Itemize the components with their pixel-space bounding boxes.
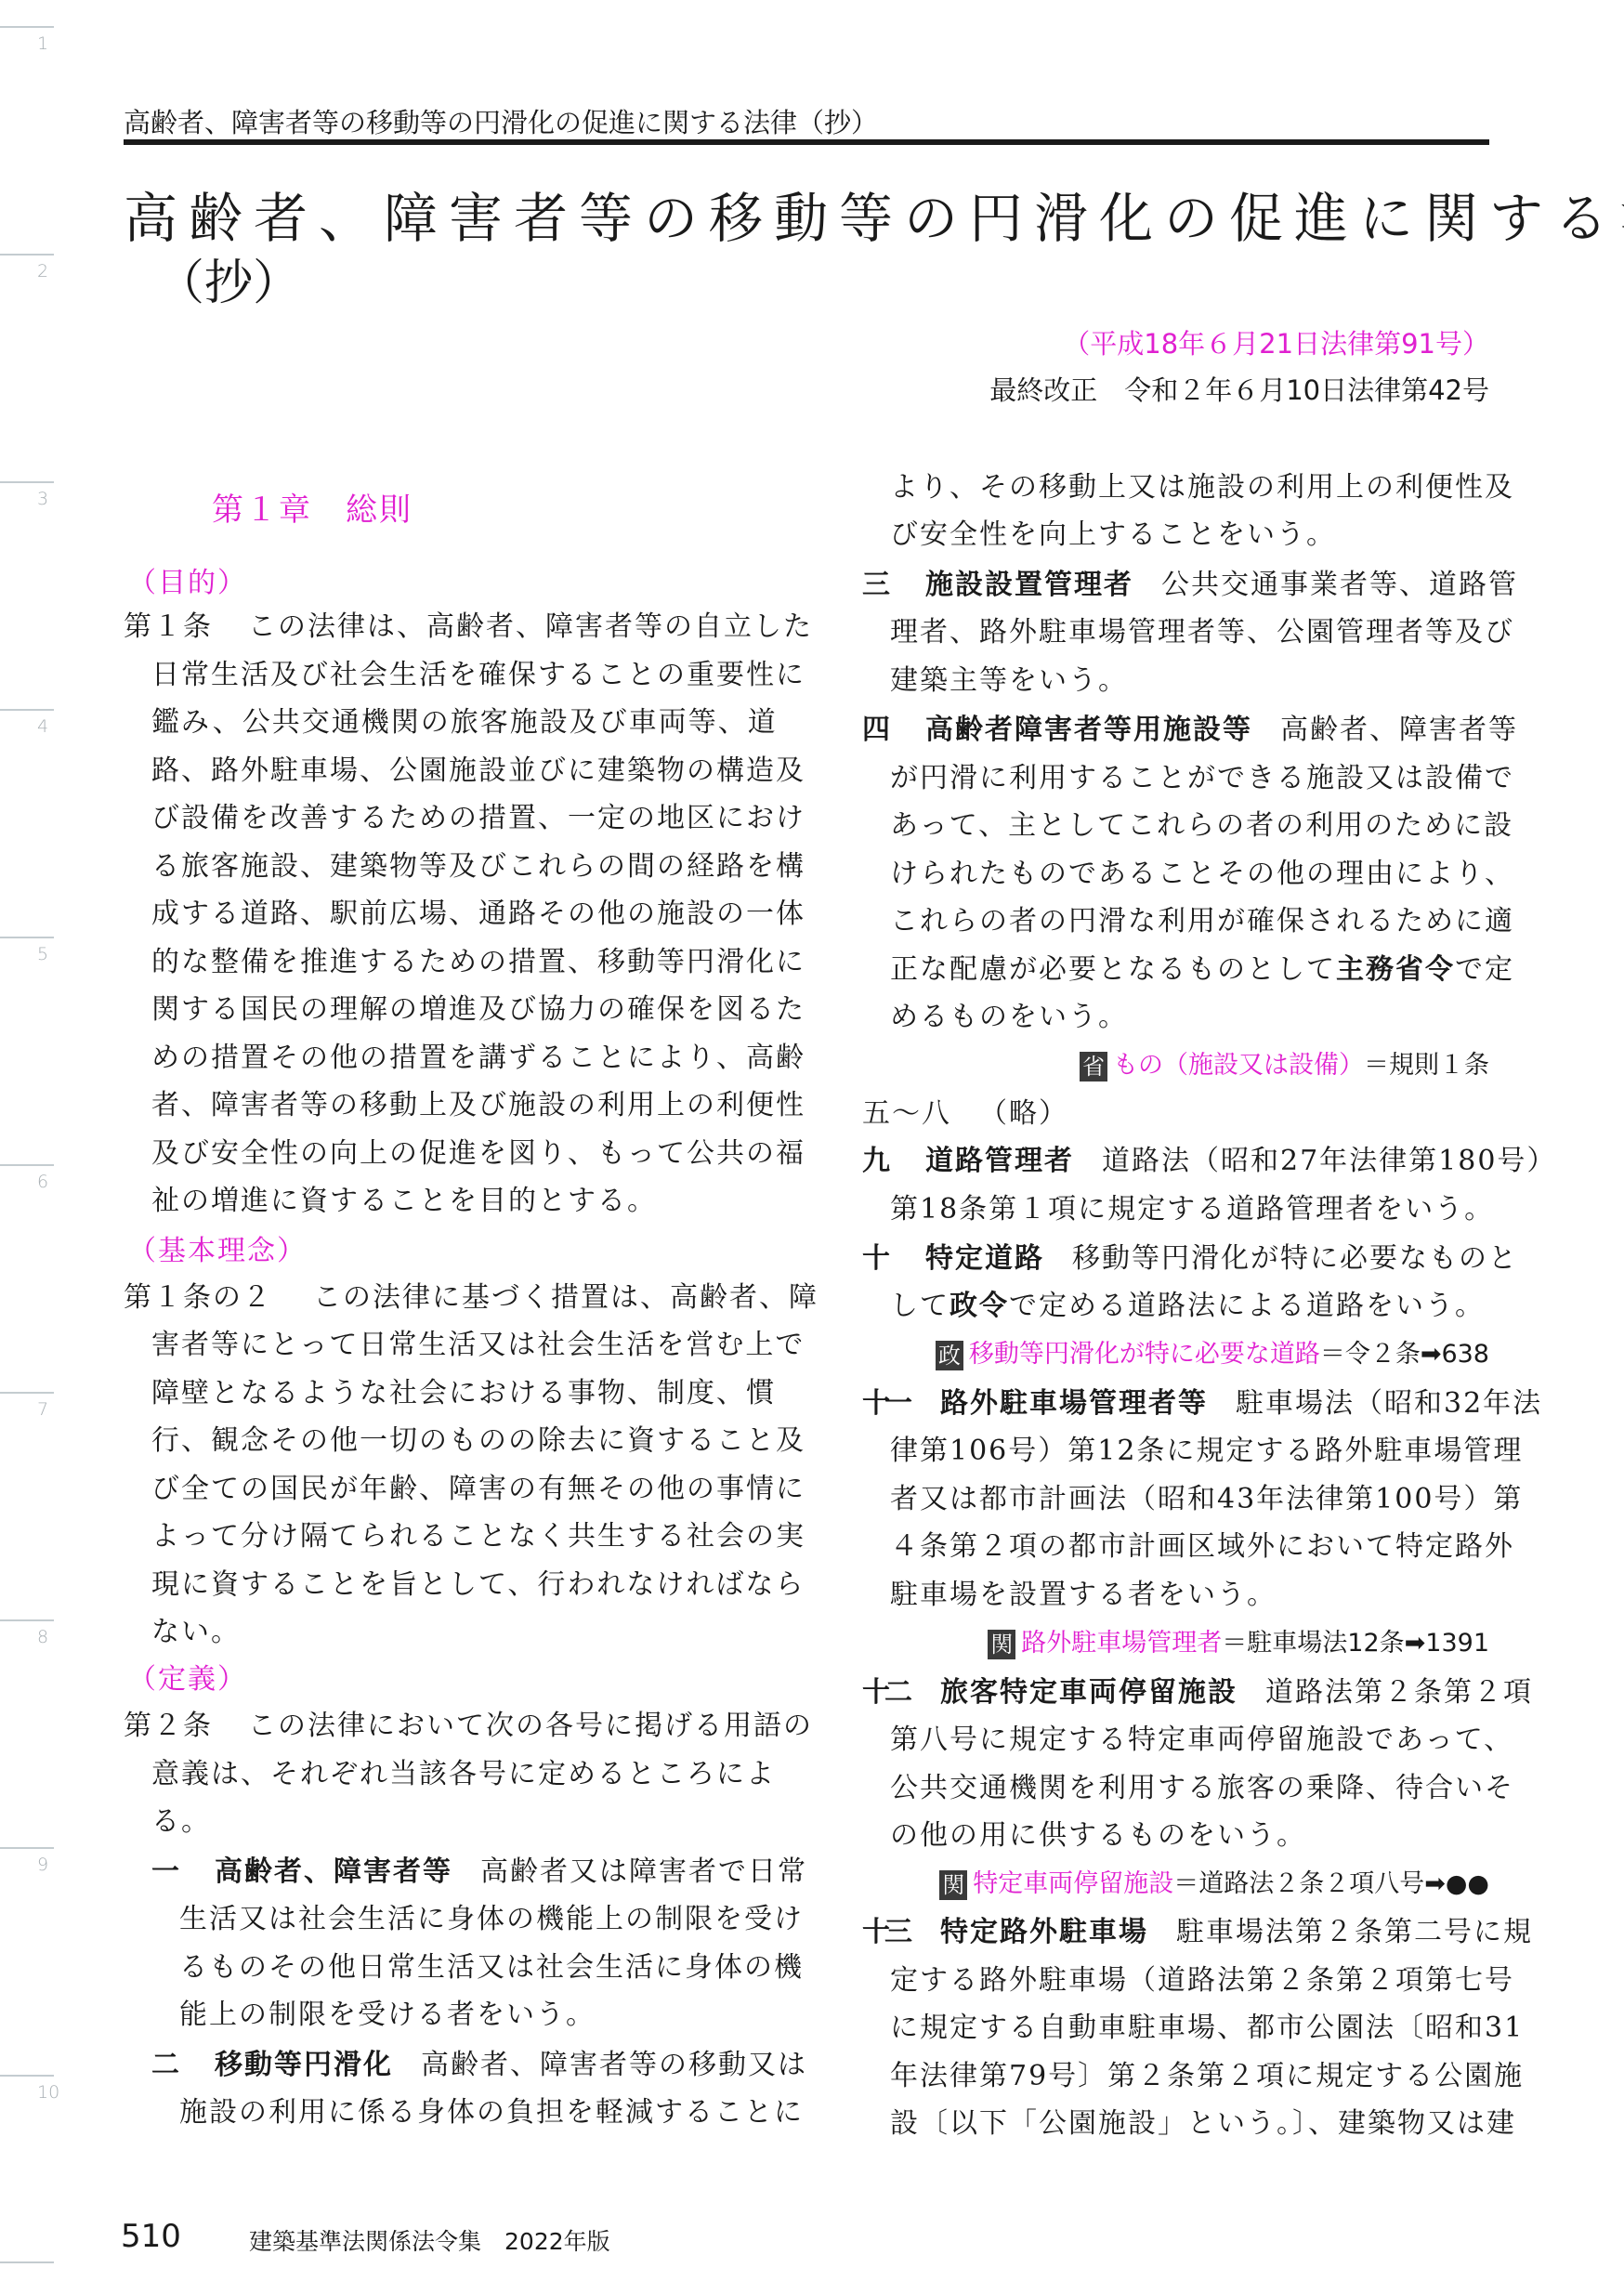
- definition-item: 十二旅客特定車両停留施設道路法第２条第２項: [862, 1676, 1533, 1710]
- item-term: 施設設置管理者: [925, 569, 1133, 601]
- item-number: 十: [862, 1242, 892, 1275]
- item-line: るものその他日常生活又は社会生活に身体の機: [179, 1951, 804, 1985]
- item-text: 道路法（昭和27年法律第180号）: [1102, 1145, 1556, 1177]
- ordinance-reference: 政令: [950, 1290, 1009, 1322]
- item-term: 特定道路: [925, 1242, 1044, 1275]
- item-line: 律第106号）第12条に規定する路外駐車場管理: [890, 1435, 1523, 1468]
- definition-item: 二移動等円滑化高齢者、障害者等の移動又は: [151, 2049, 807, 2082]
- tab-rule: [0, 26, 54, 28]
- item-text: （略）: [979, 1097, 1068, 1130]
- article-line: 日常生活及び社会生活を確保することの重要性に: [151, 659, 805, 692]
- cross-reference[interactable]: 政移動等円滑化が特に必要な道路＝令２条➡638: [936, 1339, 1489, 1370]
- running-head: 高齢者、障害者等の移動等の円滑化の促進に関する法律（抄）: [124, 102, 878, 140]
- item-number: 九: [862, 1145, 892, 1177]
- chapter-heading: 第１章 総則: [212, 493, 413, 527]
- article-text: この法律に基づく措置は、高齢者、障: [313, 1281, 819, 1314]
- tab-number: 8: [37, 1627, 48, 1647]
- tab-rule: [0, 481, 54, 483]
- page-reference[interactable]: ●●: [1446, 1869, 1489, 1898]
- item-line: けられたものであることその他の理由により、: [890, 858, 1514, 891]
- cross-reference-link[interactable]: もの（施設又は設備）: [1113, 1051, 1364, 1080]
- tab-rule: [0, 254, 54, 256]
- item-line: めるものをいう。: [890, 1001, 1128, 1034]
- tab-number: 5: [37, 944, 48, 964]
- arrow-right-icon: ➡: [1405, 1629, 1426, 1658]
- cross-reference-target: ＝駐車場法12条: [1222, 1629, 1404, 1658]
- item-number: 三: [862, 569, 892, 601]
- item-text: 高齢者又は障害者で日常: [480, 1855, 807, 1888]
- item-line: より、その移動上又は施設の利用上の利便性及: [890, 471, 1514, 505]
- item-line: の他の用に供するものをいう。: [890, 1819, 1306, 1853]
- article-caption: （定義）: [128, 1663, 247, 1697]
- item-number: 五〜八: [862, 1097, 951, 1130]
- book-title: 建築基準法関係法令集 2022年版: [249, 2223, 610, 2257]
- cross-reference-link[interactable]: 移動等円滑化が特に必要な道路: [969, 1340, 1320, 1369]
- item-text: 高齢者、障害者等: [1280, 714, 1518, 746]
- cross-reference-link[interactable]: 特定車両停留施設: [973, 1869, 1173, 1898]
- item-line: 駐車場を設置する者をいう。: [890, 1579, 1277, 1612]
- article-line: る。: [151, 1805, 211, 1839]
- article-number: 第１条: [124, 610, 213, 643]
- item-number: 十三: [862, 1916, 907, 1948]
- omitted-items: 五〜八（略）: [862, 1097, 1068, 1131]
- ordinance-reference: 主務省令: [1336, 953, 1455, 986]
- item-line: び安全性を向上することをいう。: [890, 518, 1336, 552]
- item-line: 設〔以下「公園施設」という。〕、建築物又は建: [890, 2107, 1516, 2141]
- item-number: 一: [151, 1855, 181, 1888]
- article-line: 者、障害者等の移動上及び施設の利用上の利便性: [151, 1089, 805, 1122]
- item-text: 公共交通事業者等、道路管: [1161, 569, 1518, 601]
- margin-tab-bottom-rule: [0, 2261, 54, 2263]
- article-line: 成する道路、駅前広場、通路その他の施設の一体: [151, 898, 805, 931]
- article-line: めの措置その他の措置を講ずることにより、高齢: [151, 1042, 805, 1075]
- item-term: 路外駐車場管理者等: [940, 1387, 1208, 1420]
- item-line: あって、主としてこれらの者の利用のために設: [890, 809, 1513, 843]
- tab-number: 9: [37, 1855, 48, 1875]
- definition-item: 十三特定路外駐車場駐車場法第２条第二号に規: [862, 1916, 1533, 1949]
- last-amended: 最終改正 令和２年６月10日法律第42号: [989, 370, 1489, 408]
- item-number: 二: [151, 2049, 181, 2081]
- page-reference[interactable]: 638: [1441, 1340, 1489, 1369]
- item-number: 四: [862, 714, 892, 746]
- article-line: る旅客施設、建築物等及びこれらの間の経路を構: [151, 850, 805, 884]
- item-text: して: [890, 1290, 950, 1322]
- cross-reference[interactable]: 関路外駐車場管理者＝駐車場法12条➡1391: [988, 1628, 1489, 1659]
- item-text: 駐車場法第２条第二号に規: [1176, 1916, 1533, 1948]
- definition-item: 十一路外駐車場管理者等駐車場法（昭和32年法: [862, 1387, 1542, 1421]
- item-term: 高齢者障害者等用施設等: [925, 714, 1252, 746]
- item-text: 正な配慮が必要となるものとして: [890, 953, 1336, 986]
- article-line: 路、路外駐車場、公園施設並びに建築物の構造及: [151, 754, 805, 788]
- article-text: この法律は、高齢者、障害者等の自立した: [248, 610, 813, 643]
- cross-reference-target: ＝規則１条: [1364, 1051, 1489, 1080]
- tab-rule: [0, 1847, 54, 1849]
- item-number: 十一: [862, 1387, 907, 1420]
- article-line: び設備を改善するための措置、一定の地区におけ: [151, 802, 805, 835]
- article-line: 害者等にとって日常生活又は社会生活を営む上で: [151, 1329, 805, 1362]
- article-number: 第２条: [124, 1710, 213, 1742]
- tab-rule: [0, 2075, 54, 2077]
- cross-reference[interactable]: 関特定車両停留施設＝道路法２条２項八号➡●●: [939, 1868, 1489, 1900]
- page-reference[interactable]: 1391: [1425, 1629, 1489, 1658]
- cabinet-order-badge: 政: [936, 1341, 963, 1370]
- item-line: に規定する自動車駐車場、都市公園法〔昭和31: [890, 2012, 1524, 2045]
- tab-number: 3: [37, 489, 48, 509]
- item-text: 道路法第２条第２項: [1265, 1676, 1533, 1709]
- tab-rule: [0, 937, 54, 938]
- item-line: が円滑に利用することができる施設又は設備で: [890, 762, 1514, 795]
- arrow-right-icon: ➡: [1424, 1869, 1446, 1898]
- article-line: ない。: [151, 1616, 241, 1649]
- tab-number: 1: [37, 33, 48, 54]
- definition-item: 四高齢者障害者等用施設等高齢者、障害者等: [862, 714, 1518, 747]
- item-term: 移動等円滑化: [215, 2049, 393, 2081]
- item-line: これらの者の円滑な利用が確保されるために適: [890, 905, 1514, 938]
- item-line: 年法律第79号〕第２条第２項に規定する公園施: [890, 2060, 1524, 2093]
- article-line: 障壁となるような社会における事物、制度、慣: [151, 1377, 776, 1410]
- definition-item: 十特定道路移動等円滑化が特に必要なものと: [862, 1242, 1518, 1276]
- item-line: 公共交通機関を利用する旅客の乗降、待合いそ: [890, 1772, 1514, 1805]
- definition-item: 三施設設置管理者公共交通事業者等、道路管: [862, 569, 1518, 602]
- article-caption: （目的）: [128, 567, 247, 600]
- article-line: 鑑み、公共交通機関の旅客施設及び車両等、道: [151, 706, 778, 740]
- cross-reference[interactable]: 省もの（施設又は設備）＝規則１条: [1080, 1050, 1489, 1081]
- page-title: 高齢者、障害者等の移動等の円滑化の促進に関する法律: [124, 175, 1624, 253]
- item-term: 特定路外駐車場: [940, 1916, 1148, 1948]
- item-line: 定する路外駐車場（道路法第２条第２項第七号: [890, 1964, 1514, 1998]
- tab-number: 10: [37, 2082, 59, 2103]
- item-line: 理者、路外駐車場管理者等、公園管理者等及び: [890, 616, 1514, 649]
- article-number: 第１条の２: [124, 1281, 272, 1314]
- item-text: 移動等円滑化が特に必要なものと: [1072, 1242, 1518, 1275]
- article-line: 関する国民の理解の増進及び協力の確保を図るた: [151, 993, 805, 1027]
- item-line: して政令で定める道路法による道路をいう。: [890, 1290, 1485, 1323]
- definition-item: 九道路管理者道路法（昭和27年法律第180号）: [862, 1145, 1556, 1178]
- related-law-badge: 関: [988, 1630, 1015, 1659]
- article-line: 行、観念その他一切のものの除去に資すること及: [151, 1424, 805, 1458]
- cross-reference-target: ＝令２条: [1320, 1340, 1421, 1369]
- related-law-badge: 関: [939, 1870, 967, 1900]
- arrow-right-icon: ➡: [1421, 1340, 1442, 1369]
- item-line: 施設の利用に係る身体の負担を軽減することに: [179, 2096, 804, 2130]
- tab-rule: [0, 709, 54, 711]
- item-line: 正な配慮が必要となるものとして主務省令で定: [890, 953, 1514, 987]
- ministry-ordinance-badge: 省: [1080, 1052, 1107, 1081]
- item-text: で定める道路法による道路をいう。: [1009, 1290, 1485, 1322]
- enactment-date: （平成18年６月21日法律第91号）: [1063, 323, 1489, 361]
- tab-rule: [0, 1164, 54, 1166]
- tab-rule: [0, 1619, 54, 1621]
- item-line: 第八号に規定する特定車両停留施設であって、: [890, 1724, 1513, 1757]
- item-term: 旅客特定車両停留施設: [940, 1676, 1238, 1709]
- header-rule: [124, 139, 1489, 145]
- cross-reference-link[interactable]: 路外駐車場管理者: [1021, 1629, 1222, 1658]
- cross-reference-target: ＝道路法２条２項八号: [1173, 1869, 1424, 1898]
- item-text: で定: [1455, 953, 1514, 986]
- item-term: 道路管理者: [925, 1145, 1074, 1177]
- item-line: 建築主等をいう。: [890, 664, 1128, 698]
- article-line: 祉の増進に資することを目的とする。: [151, 1185, 657, 1218]
- item-line: 第18条第１項に規定する道路管理者をいう。: [890, 1193, 1494, 1226]
- item-line: 生活又は社会生活に身体の機能上の制限を受け: [179, 1903, 804, 1936]
- article-line: 的な整備を推進するための措置、移動等円滑化に: [151, 946, 805, 979]
- item-line: 能上の制限を受ける者をいう。: [179, 1999, 596, 2032]
- article-caption: （基本理念）: [128, 1235, 307, 1268]
- article-line: び全ての国民が年齢、障害の有無その他の事情に: [151, 1473, 805, 1506]
- tab-number: 2: [37, 261, 48, 282]
- article-line: 第１条の２この法律に基づく措置は、高齢者、障: [124, 1281, 819, 1315]
- item-text: 高齢者、障害者等の移動又は: [421, 2049, 807, 2081]
- item-text: 駐車場法（昭和32年法: [1236, 1387, 1542, 1420]
- article-line: よって分け隔てられることなく共生する社会の実: [151, 1520, 805, 1553]
- definition-item: 一高齢者、障害者等高齢者又は障害者で日常: [151, 1855, 807, 1889]
- article-line: 第２条この法律において次の各号に掲げる用語の: [124, 1710, 813, 1743]
- item-line: 者又は都市計画法（昭和43年法律第100号）第: [890, 1483, 1523, 1516]
- item-line: ４条第２項の都市計画区域外において特定路外: [890, 1530, 1514, 1564]
- article-line: 現に資することを旨として、行われなければなら: [151, 1568, 805, 1602]
- article-line: 第１条この法律は、高齢者、障害者等の自立した: [124, 610, 813, 644]
- article-text: この法律において次の各号に掲げる用語の: [248, 1710, 813, 1742]
- tab-number: 7: [37, 1399, 48, 1420]
- item-term: 高齢者、障害者等: [215, 1855, 452, 1888]
- article-line: 意義は、それぞれ当該各号に定めるところによ: [151, 1758, 776, 1791]
- tab-number: 4: [37, 716, 48, 737]
- tab-rule: [0, 1392, 54, 1394]
- tab-number: 6: [37, 1172, 48, 1192]
- page-number: 510: [121, 2218, 181, 2255]
- page-title-suffix: （抄）: [156, 243, 301, 313]
- article-line: 及び安全性の向上の促進を図り、もって公共の福: [151, 1137, 805, 1171]
- item-number: 十二: [862, 1676, 907, 1709]
